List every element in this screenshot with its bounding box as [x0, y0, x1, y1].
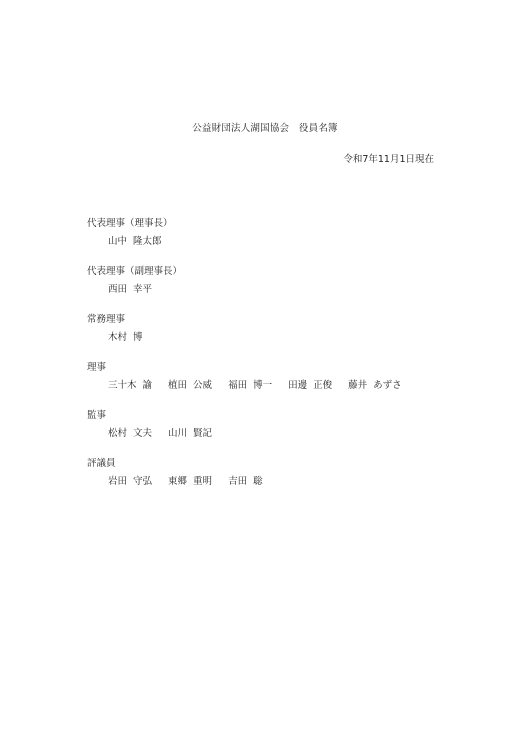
member-name: 三十木諭	[108, 381, 152, 391]
member-surname: 松村	[108, 428, 127, 439]
member-name: 岩田守弘	[108, 477, 152, 487]
member-given-name: 幸平	[133, 284, 152, 295]
member-surname: 岩田	[108, 476, 127, 487]
member-list: 岩田守弘 東郷重明 吉田聡	[87, 477, 279, 487]
member-surname: 三十木	[108, 380, 137, 391]
member-surname: 山中	[108, 236, 127, 247]
member-given-name: 賢記	[193, 428, 212, 439]
member-name: 藤井あずさ	[348, 381, 402, 391]
member-surname: 東郷	[168, 476, 187, 487]
document-date: 令和7年11月1日現在	[343, 155, 434, 165]
member-name: 山川賢記	[168, 429, 212, 439]
section-heading: 代表理事（理事長）	[87, 219, 178, 231]
member-list: 山中隆太郎	[87, 237, 178, 247]
section-auditors: 監事 松村文夫 山川賢記	[87, 411, 228, 439]
section-heading: 監事	[87, 411, 228, 423]
member-given-name: 博	[133, 332, 143, 343]
member-surname: 山川	[168, 428, 187, 439]
member-list: 西田幸平	[87, 285, 182, 295]
member-given-name: 聡	[253, 476, 263, 487]
member-name: 西田幸平	[108, 285, 152, 295]
section-heading: 常務理事	[87, 315, 159, 327]
member-name: 吉田聡	[228, 477, 263, 487]
member-list: 木村博	[87, 333, 159, 343]
document-page: 公益財団法人湖国協会 役員名簿 令和7年11月1日現在 代表理事（理事長） 山中…	[0, 0, 530, 750]
member-list: 三十木諭 植田公威 福田博一 田邊正俊 藤井あずさ	[87, 381, 418, 391]
member-name: 植田公威	[168, 381, 212, 391]
member-surname: 吉田	[228, 476, 247, 487]
member-given-name: 文夫	[133, 428, 152, 439]
member-list: 松村文夫 山川賢記	[87, 429, 228, 439]
member-surname: 田邊	[288, 380, 307, 391]
member-given-name: 守弘	[133, 476, 152, 487]
document-title: 公益財団法人湖国協会 役員名簿	[0, 124, 530, 134]
member-name: 松村文夫	[108, 429, 152, 439]
section-directors: 理事 三十木諭 植田公威 福田博一 田邊正俊 藤井あずさ	[87, 363, 418, 391]
member-name: 山中隆太郎	[108, 237, 162, 247]
member-surname: 木村	[108, 332, 127, 343]
member-name: 木村博	[108, 333, 143, 343]
section-executive-director: 常務理事 木村博	[87, 315, 159, 343]
section-representative-director-chair: 代表理事（理事長） 山中隆太郎	[87, 219, 178, 247]
section-councilors: 評議員 岩田守弘 東郷重明 吉田聡	[87, 459, 279, 487]
section-heading: 評議員	[87, 459, 279, 471]
member-given-name: 諭	[143, 380, 153, 391]
member-given-name: 博一	[253, 380, 272, 391]
member-surname: 植田	[168, 380, 187, 391]
member-surname: 福田	[228, 380, 247, 391]
member-surname: 藤井	[348, 380, 367, 391]
member-given-name: 公威	[193, 380, 212, 391]
member-name: 福田博一	[228, 381, 272, 391]
section-heading: 代表理事（副理事長）	[87, 267, 182, 279]
member-given-name: あずさ	[373, 380, 402, 391]
member-given-name: 正俊	[313, 380, 332, 391]
member-given-name: 重明	[193, 476, 212, 487]
member-given-name: 隆太郎	[133, 236, 162, 247]
member-name: 東郷重明	[168, 477, 212, 487]
section-heading: 理事	[87, 363, 418, 375]
section-representative-director-vice-chair: 代表理事（副理事長） 西田幸平	[87, 267, 182, 295]
member-name: 田邊正俊	[288, 381, 332, 391]
member-surname: 西田	[108, 284, 127, 295]
